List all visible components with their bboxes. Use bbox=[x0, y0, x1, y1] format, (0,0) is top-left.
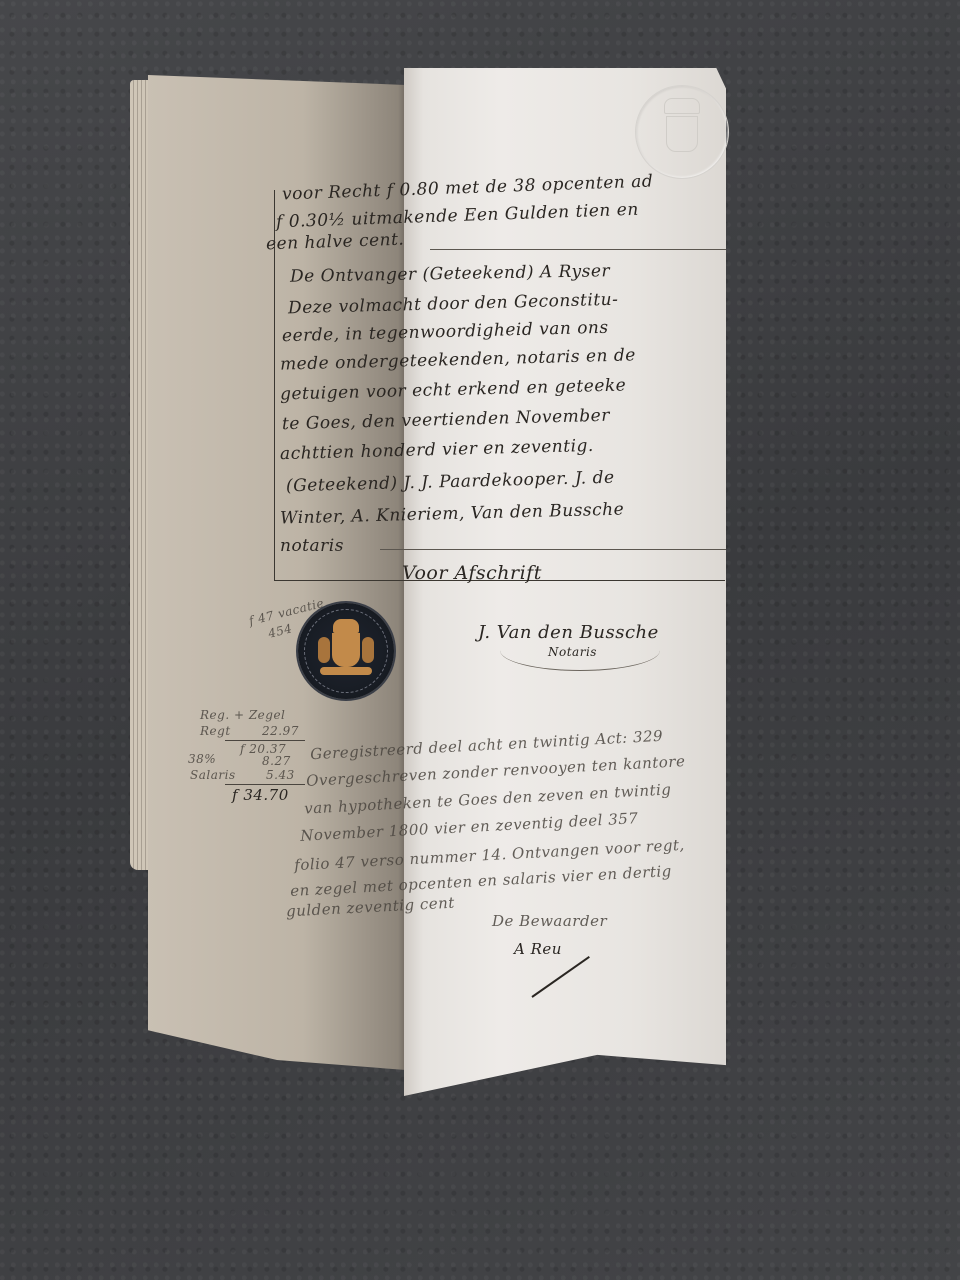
frame-rule-top bbox=[430, 249, 726, 250]
ledger-label-4: Salaris bbox=[190, 768, 236, 782]
ledger-total-rule bbox=[225, 784, 305, 785]
ribbon-icon bbox=[320, 667, 372, 675]
shield-icon bbox=[666, 116, 698, 152]
ledger-amount-4: 5.43 bbox=[266, 768, 295, 782]
notarial-seal bbox=[298, 603, 394, 699]
crown-icon bbox=[664, 98, 700, 114]
copy-attestation-label: Voor Afschrift bbox=[402, 562, 542, 584]
ledger-label-3: 38% bbox=[188, 752, 216, 766]
ledger-amount-3: 8.27 bbox=[262, 754, 291, 768]
crown-icon bbox=[333, 619, 359, 633]
ledger-label-1: Regt bbox=[200, 724, 231, 738]
coat-of-arms-icon bbox=[332, 633, 360, 667]
ledger-rule bbox=[225, 740, 305, 741]
ledger-total: f 34.70 bbox=[232, 786, 289, 804]
ledger-label-0: Reg. + Zegel bbox=[200, 708, 285, 722]
embossed-stamp bbox=[635, 85, 729, 179]
signature-flourish bbox=[500, 630, 660, 671]
registrar-title: De Bewaarder bbox=[492, 912, 607, 930]
frame-rule-bottom bbox=[380, 549, 726, 550]
body-line-9: notaris bbox=[280, 536, 344, 556]
ledger-amount-1: 22.97 bbox=[262, 724, 299, 738]
lion-icon bbox=[362, 637, 374, 663]
registrar-signature: A Reu bbox=[514, 940, 562, 958]
lion-icon bbox=[318, 637, 330, 663]
